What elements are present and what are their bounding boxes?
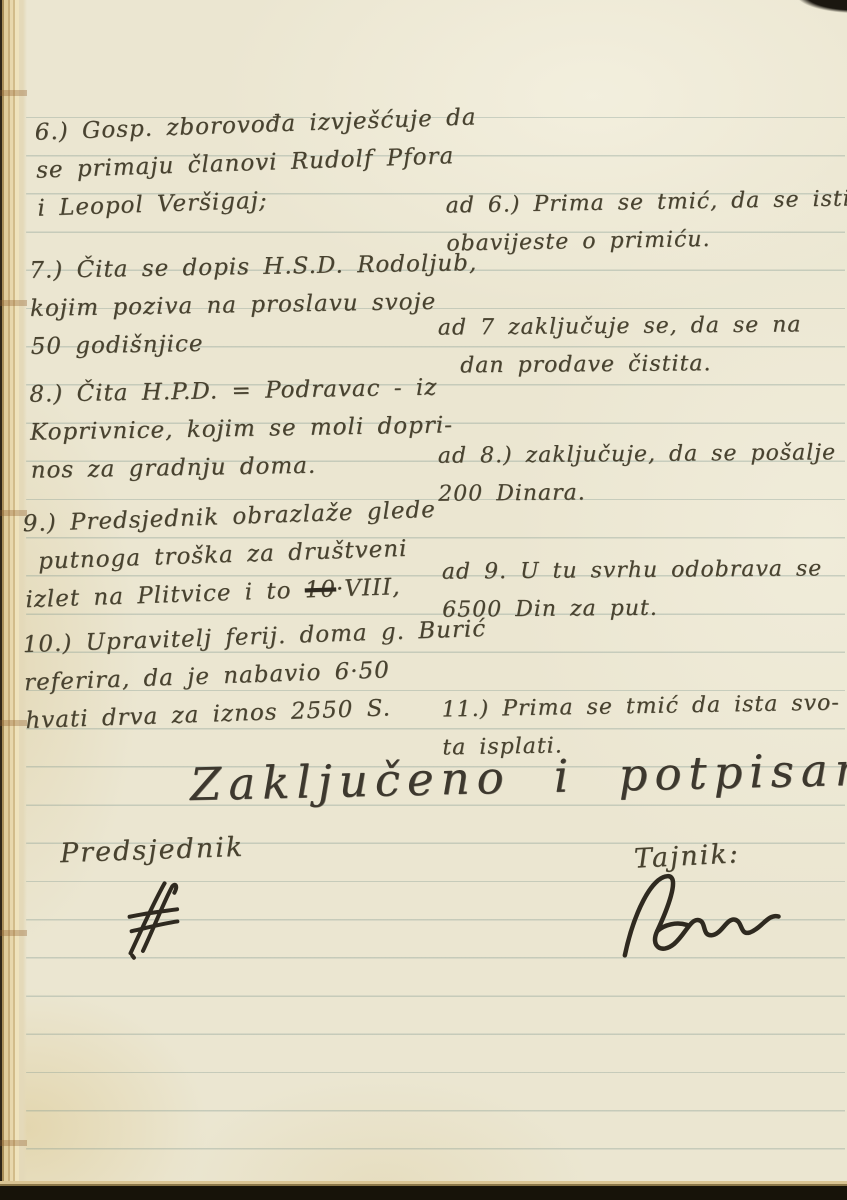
resolution-ad-8: ad 8.) zaključuje, da se pošalje 200 Din… <box>438 434 837 513</box>
resolution-line: 200 Dinara. <box>438 472 837 513</box>
closing-statement: Zaključeno i potpisano <box>190 750 847 804</box>
minute-line: 11.) Prima se tmić da ista svo- <box>441 685 840 730</box>
resolution-line: ad 6.) Prima se tmić, da se isti <box>445 180 847 225</box>
resolution-line: dan prodave čistita. <box>438 344 802 385</box>
manuscript-page: 6.) Gosp. zborovođa izvješćuje da se pri… <box>0 0 847 1200</box>
binding-edge <box>0 0 27 1200</box>
top-right-shadow <box>787 0 847 16</box>
signature-stroke <box>132 955 134 957</box>
resolution-line: ad 8.) zaključuje, da se pošalje <box>438 434 837 475</box>
struck-number: 10 <box>304 576 336 603</box>
minute-item-7: 7.) Čita se dopis H.S.D. Rodoljub, kojim… <box>29 244 479 366</box>
secretary-signature <box>597 855 803 969</box>
minute-line-part: izlet na Plitvice i to <box>25 577 305 613</box>
minute-item-6: 6.) Gosp. zborovođa izvješćuje da se pri… <box>34 98 480 227</box>
resolution-line: obavijeste o primiću. <box>446 218 847 263</box>
minute-line: Koprivnice, kojim se moli dopri- <box>30 406 454 451</box>
president-signature <box>102 862 204 969</box>
minute-line: kojim poziva na proslavu svoje <box>30 282 478 328</box>
minute-line: 50 godišnjice <box>30 320 478 366</box>
bottom-page-edge <box>0 1181 847 1200</box>
resolution-line: ad 7 zaključuje se, da se na <box>438 306 802 347</box>
resolution-line: 6500 Din za put. <box>442 588 823 629</box>
minute-line: nos za gradnju doma. <box>30 444 454 489</box>
resolution-line: ad 9. U tu svrhu odobrava se <box>442 550 823 591</box>
resolution-ad-6: ad 6.) Prima se tmić, da se isti obavije… <box>445 180 847 263</box>
resolution-ad-9: ad 9. U tu svrhu odobrava se 6500 Din za… <box>442 550 823 629</box>
signature-stroke <box>620 869 781 956</box>
minute-line-part: ·VIII, <box>336 574 401 602</box>
resolution-ad-7: ad 7 zaključuje se, da se na dan prodave… <box>438 306 802 385</box>
minute-item-9: 9.) Predsjednik obrazlaže glede putnoga … <box>22 491 439 619</box>
minute-item-10: 10.) Upravitelj ferij. doma g. Burić ref… <box>22 610 489 740</box>
minute-item-8: 8.) Čita H.P.D. = Podravac - iz Koprivni… <box>29 368 454 489</box>
